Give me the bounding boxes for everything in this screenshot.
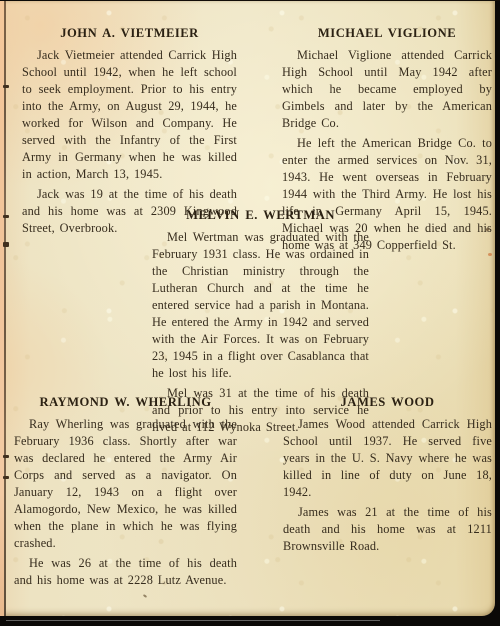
entry-title: RAYMOND W. WHERLING [14,395,237,409]
entry-paragraph: Mel Wertman was graduated with the Febru… [152,229,369,382]
entry-paragraph: James was 21 at the time of his death an… [283,504,492,555]
paper-page: JOHN A. VIETMEIER Jack Vietmeier attende… [0,1,495,616]
scanned-book-page: JOHN A. VIETMEIER Jack Vietmeier attende… [0,0,500,626]
memorial-entry-wherling: RAYMOND W. WHERLING Ray Wherling was gra… [14,395,237,589]
photo-edge-bottom-line [6,620,380,621]
binding-stitch-mark [3,476,9,479]
photo-edge-top [0,0,500,1]
scan-speck [463,57,466,59]
entry-paragraph: He was 26 at the time of his death and h… [14,555,237,589]
entry-title: MICHAEL VIGLIONE [282,26,492,40]
binding-stitch-mark [3,242,9,247]
binding-stitch-mark [3,215,9,218]
memorial-entry-vietmeier: JOHN A. VIETMEIER Jack Vietmeier attende… [22,26,237,237]
binding-stitch-mark [3,85,9,88]
entry-title: JAMES WOOD [283,395,492,409]
entry-title: JOHN A. VIETMEIER [22,26,237,40]
binding-crease-line [4,1,6,616]
entry-paragraph: Jack Vietmeier attended Carrick High Sch… [22,47,237,183]
entry-paragraph: James Wood attended Carrick High School … [283,416,492,501]
entry-title: MELVIN E. WERTMAN [152,208,369,222]
binding-stitch-mark [3,455,9,458]
entry-paragraph: Ray Wherling was graduated with the Febr… [14,416,237,552]
scan-speck [486,228,489,231]
scan-speck [143,594,147,598]
memorial-entry-wood: JAMES WOOD James Wood attended Carrick H… [283,395,492,555]
scan-speck [488,253,492,256]
entry-paragraph: Michael Viglione attended Carrick High S… [282,47,492,132]
